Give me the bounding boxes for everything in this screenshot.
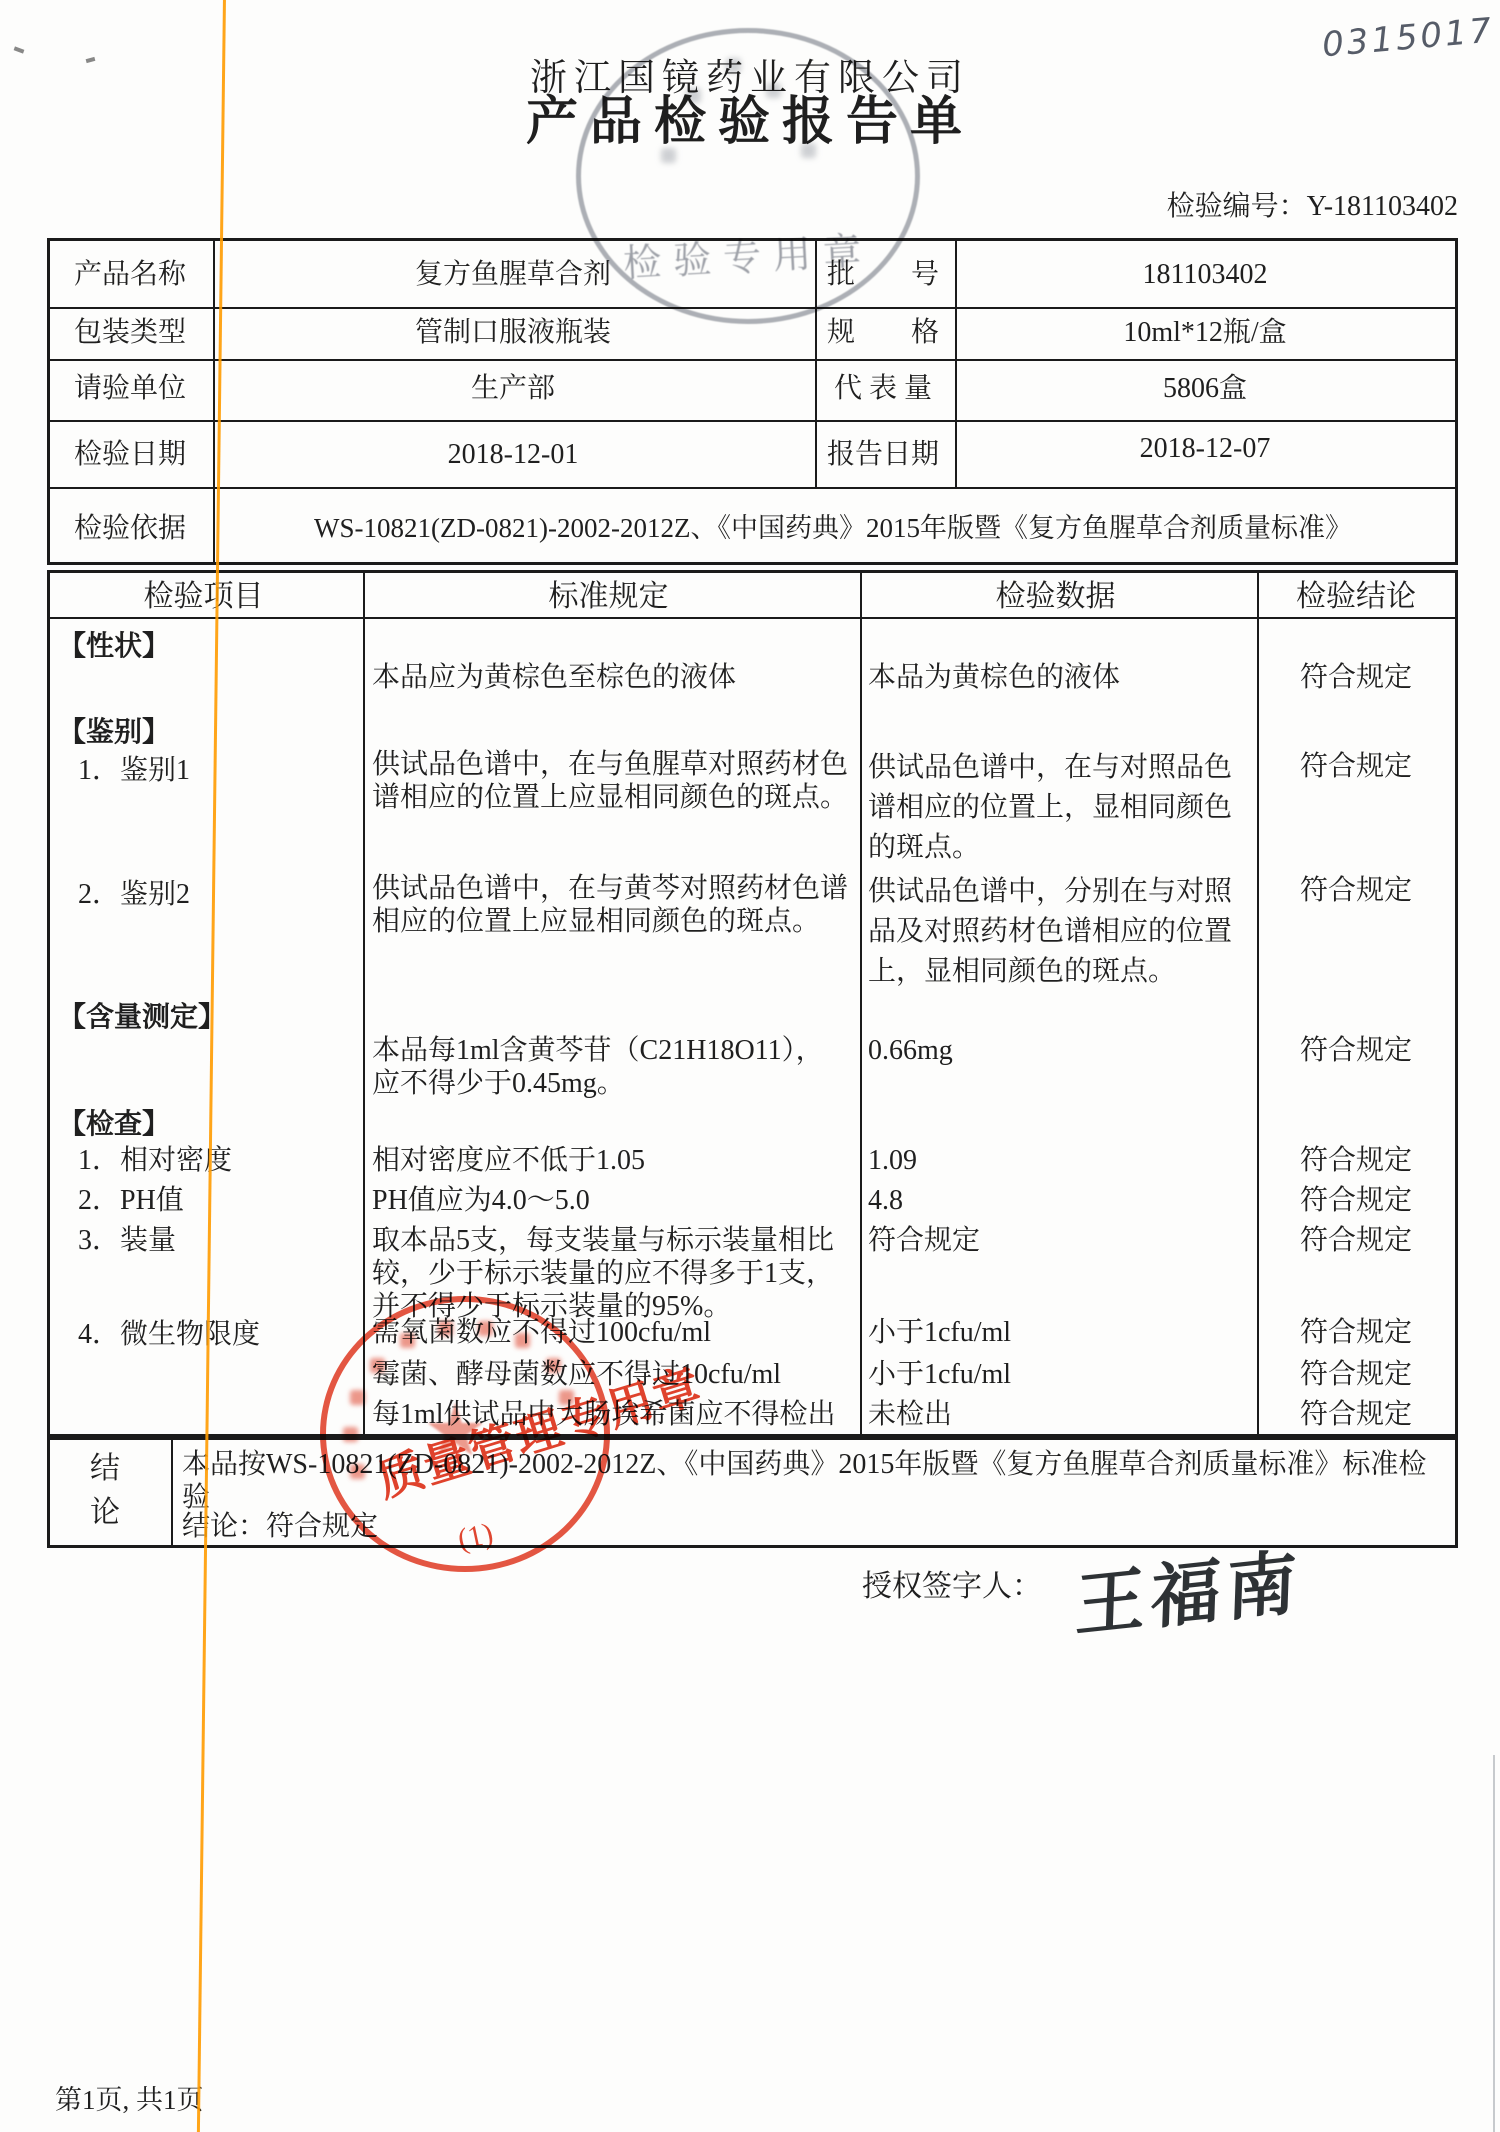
conclusion-label-char: 论 (85, 1496, 125, 1529)
field-label: 产品名称 (47, 258, 213, 291)
table-line (50, 359, 1455, 361)
data-text: 4.8 (868, 1184, 1248, 1217)
result-text: 符合规定 (1254, 1358, 1458, 1391)
col-header-data: 检验数据 (857, 580, 1254, 613)
standard-text: 相对密度应不低于1.05 (372, 1144, 850, 1177)
stamp-number: (1) (455, 1517, 496, 1558)
stamp-mark (515, 1333, 530, 1348)
table-line (50, 420, 1455, 422)
col-header-standard: 标准规定 (360, 580, 857, 613)
result-text: 符合规定 (1254, 874, 1458, 907)
report-date-value: 2018-12-07 (955, 432, 1455, 465)
scan-speck (14, 46, 25, 53)
conclusion-label-char: 结 (85, 1452, 125, 1485)
data-text: 供试品色谱中，分别在与对照品及对照药材色谱相应的位置上，显相同颜色的斑点。 (868, 872, 1248, 992)
data-text: 小于1cfu/ml (868, 1358, 1248, 1391)
field-label: 代 表 量 (812, 372, 954, 405)
data-text: 未检出 (868, 1398, 1248, 1431)
stamp-mark (766, 83, 781, 98)
item-label: 2．PH值 (78, 1184, 184, 1217)
batch-no-value: 181103402 (955, 258, 1455, 291)
item-label: 1．鉴别1 (78, 754, 190, 787)
result-text: 符合规定 (1254, 1144, 1458, 1177)
stamp-mark (478, 1321, 493, 1336)
data-text: 本品为黄棕色的液体 (868, 661, 1248, 694)
table-line (171, 1440, 173, 1545)
handwritten-number: 0315017 (1321, 15, 1493, 63)
table-line (50, 487, 1455, 489)
result-text: 符合规定 (1254, 750, 1458, 783)
stamp-mark (661, 148, 676, 163)
standard-text: 供试品色谱中，在与黄芩对照药材色谱相应的位置上应显相同颜色的斑点。 (372, 872, 850, 938)
table-line (860, 573, 862, 1434)
page-number: 第1页, 共1页 (55, 2084, 204, 2117)
data-text: 0.66mg (868, 1034, 1248, 1067)
item-label: 3．装量 (78, 1224, 176, 1257)
stamp-mark (370, 1358, 385, 1373)
test-date-value: 2018-12-01 (213, 438, 813, 471)
authorized-signer-label: 授权签字人： (862, 1570, 1042, 1603)
report-number-label: 检验编号： (1167, 191, 1307, 222)
stamp-mark (546, 1358, 561, 1373)
item-section: 【含量测定】 (58, 1001, 226, 1034)
field-label: 报告日期 (812, 438, 954, 471)
item-label: 4．微生物限度 (78, 1318, 260, 1351)
stamp-mark (400, 1333, 415, 1348)
item-label: 2．鉴别2 (78, 878, 190, 911)
request-unit-value: 生产部 (213, 372, 813, 405)
rep-qty-value: 5806盒 (955, 372, 1455, 405)
field-label: 请验单位 (47, 372, 213, 405)
scan-artifact-edge-line (1493, 1755, 1495, 2132)
table-line (1257, 573, 1259, 1434)
basis-value: WS-10821(ZD-0821)-2002-2012Z、《中国药典》2015年… (213, 512, 1453, 545)
stamp-mark (726, 58, 741, 73)
data-text: 小于1cfu/ml (868, 1316, 1248, 1349)
report-number-line: 检验编号：Y-181103402 (1058, 190, 1458, 223)
result-text: 符合规定 (1254, 1398, 1458, 1431)
result-text: 符合规定 (1254, 1184, 1458, 1217)
report-number-value: Y-181103402 (1307, 191, 1458, 222)
data-text: 1.09 (868, 1144, 1248, 1177)
stamp-mark (559, 1390, 574, 1405)
item-section: 【检查】 (58, 1108, 170, 1141)
result-text: 符合规定 (1254, 661, 1458, 694)
stamp-mark (686, 88, 701, 103)
standard-text: 本品每1ml含黄芩苷（C21H18O11），应不得少于0.45mg。 (372, 1034, 850, 1100)
field-label: 包装类型 (47, 316, 213, 349)
qa-stamp: ★ 质量管理专用章 (1) (320, 1296, 610, 1572)
scanned-report-page: 浙江国镜药业有限公司 产品检验报告单 0315017 检验编号：Y-181103… (0, 0, 1500, 2132)
result-text: 符合规定 (1254, 1316, 1458, 1349)
standard-text: 供试品色谱中，在与鱼腥草对照药材色谱相应的位置上应显相同颜色的斑点。 (372, 748, 850, 814)
stamp-mark (438, 1321, 453, 1336)
standard-text: 本品应为黄棕色至棕色的液体 (372, 661, 850, 694)
table-line (50, 617, 1455, 619)
col-header-result: 检验结论 (1254, 580, 1458, 613)
spec-value: 10ml*12瓶/盒 (955, 316, 1455, 349)
inspection-stamp: 检验专用章 (576, 28, 920, 324)
item-section: 【性状】 (58, 630, 170, 663)
standard-text: PH值应为4.0～5.0 (372, 1184, 850, 1217)
item-section: 【鉴别】 (58, 716, 170, 749)
stamp-mark (350, 1390, 365, 1405)
scan-speck (86, 57, 96, 63)
col-header-item: 检验项目 (47, 580, 360, 613)
field-label: 检验依据 (47, 512, 213, 545)
data-text: 供试品色谱中，在与对照品色谱相应的位置上，显相同颜色的斑点。 (868, 748, 1248, 868)
field-label: 检验日期 (47, 438, 213, 471)
result-text: 符合规定 (1254, 1224, 1458, 1257)
data-text: 符合规定 (868, 1224, 1248, 1257)
result-text: 符合规定 (1254, 1034, 1458, 1067)
stamp-mark (801, 143, 816, 158)
stamp-mark (343, 1427, 358, 1442)
stamp-mark (350, 1464, 365, 1479)
